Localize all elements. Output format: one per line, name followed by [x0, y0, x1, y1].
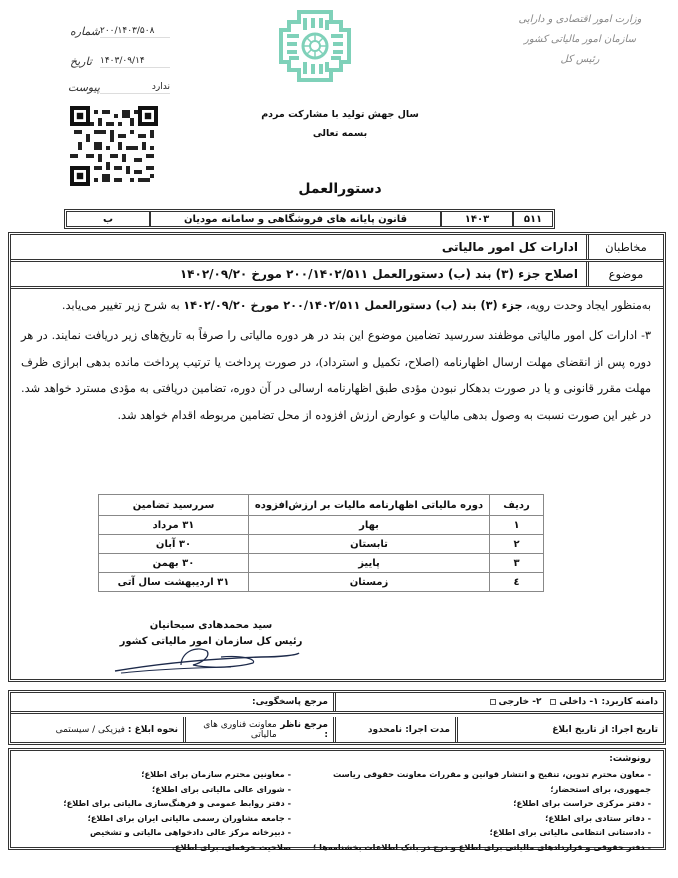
clause-3-paragraph: ۳- ادارات کل امور مالیاتی موظفند سررسید …	[21, 323, 651, 429]
cc-item: - جامعه مشاوران رسمی مالیاتی ایران برای …	[61, 811, 291, 826]
supervisor-cell: مرجع ناظر : معاونت فناوری های مالیاتی	[183, 717, 333, 742]
col-due-date: سررسید تضامین	[99, 495, 249, 516]
year-slogan: سال جهش تولید با مشارکت مردم	[250, 109, 430, 120]
scope-internal-label: ۱- داخلی	[559, 697, 598, 707]
tax-organization-logo-icon	[277, 8, 353, 84]
execution-info-grid: دامنه کاربرد: ۱- داخلی ۲- خارجی مرجع پاس…	[8, 690, 666, 745]
attachment-label: پیوست	[68, 81, 100, 94]
attachment-value: ندارد	[100, 82, 170, 94]
cc-recipients-box: رونوشت: - معاون محترم تدوین، تنقیح و انت…	[8, 748, 666, 850]
cc-item: - معاونین محترم سازمان برای اطلاع؛	[61, 767, 291, 782]
cc-item: - دفتر مرکزی حراست برای اطلاع؛	[311, 796, 651, 811]
letter-number-row: ۲۰۰/۱۴۰۳/۵۰۸ شماره	[70, 20, 170, 38]
cc-item: - شورای عالی مالیاتی برای اطلاع؛	[61, 782, 291, 797]
cc-item: - معاون محترم تدوین، تنقیح و انتشار قوان…	[311, 767, 651, 796]
duration-cell: مدت اجرا: نامحدود	[333, 717, 455, 742]
ministry-line-2: سازمان امور مالیاتی کشور	[510, 30, 650, 50]
letter-number: ۲۰۰/۱۴۰۳/۵۰۸	[100, 26, 170, 38]
addressees-value: ادارات کل امور مالیاتی	[11, 235, 586, 259]
table-row: ٤ زمستان ۳۱ اردیبهشت سال آتی	[99, 573, 544, 592]
cc-list-right: - معاون محترم تدوین، تنقیح و انتشار قوان…	[311, 767, 651, 854]
supervisor-label: مرجع ناظر :	[280, 720, 328, 740]
letter-date-label: تاریخ	[70, 55, 92, 68]
document-title: دستورالعمل	[230, 181, 450, 197]
attachment-row: ندارد پیوست	[70, 76, 170, 94]
effective-date-cell: تاریخ اجرا: از تاریخ ابلاغ	[455, 717, 663, 742]
scope-label: دامنه کاربرد:	[601, 697, 658, 707]
signature-icon	[111, 635, 301, 675]
cc-item: - دفتر روابط عمومی و فرهنگ‌سازی مالیاتی …	[61, 796, 291, 811]
subject-label: موضوع	[586, 262, 663, 286]
subject-value: اصلاح جزء (۳) بند (ب) دستورالعمل ۲۰۰/۱۴۰…	[11, 262, 586, 286]
ministry-line-1: وزارت امور اقتصادی و دارایی	[510, 10, 650, 30]
reference-number: ۵۱۱	[512, 212, 552, 226]
scope-cell: دامنه کاربرد: ۱- داخلی ۲- خارجی	[333, 693, 663, 711]
table-row: ۳ پاییز ۳۰ بهمن	[99, 554, 544, 573]
cc-item: - دادستانی انتظامی مالیاتی برای اطلاع؛	[311, 825, 651, 840]
execution-info-row-2: تاریخ اجرا: از تاریخ ابلاغ مدت اجرا: نام…	[11, 717, 663, 742]
execution-duration: مدت اجرا: نامحدود	[368, 725, 450, 735]
table-row: ۱ بهار ۳۱ مرداد	[99, 516, 544, 535]
notify-method-value: فیزیکی / سیستمی	[56, 725, 125, 735]
reference-category: ب	[67, 212, 149, 226]
reference-law: قانون پایانه های فروشگاهی و سامانه مودیا…	[149, 212, 440, 226]
letter-date-row: ۱۴۰۳/۰۹/۱۴ تاریخ	[70, 50, 170, 68]
supervisor-value: معاونت فناوری های مالیاتی	[186, 720, 277, 740]
scope-external-label: ۲- خارجی	[499, 697, 542, 707]
letter-number-label: شماره	[70, 25, 100, 38]
instruction-body-frame: مخاطبان ادارات کل امور مالیاتی موضوع اصل…	[8, 232, 666, 682]
reference-strip: ۵۱۱ ۱۴۰۳ قانون پایانه های فروشگاهی و سام…	[64, 209, 555, 229]
addressees-row: مخاطبان ادارات کل امور مالیاتی	[11, 235, 663, 262]
subject-row: موضوع اصلاح جزء (۳) بند (ب) دستورالعمل ۲…	[11, 262, 663, 289]
table-header-row: ردیف دوره مالیاتی اظهارنامه مالیات بر ار…	[99, 495, 544, 516]
col-row-number: ردیف	[490, 495, 544, 516]
intro-paragraph: به‌منظور ایجاد وحدت رویه، جزء (۳) بند (ب…	[21, 297, 651, 315]
guarantee-due-dates-table: ردیف دوره مالیاتی اظهارنامه مالیات بر ار…	[98, 494, 544, 592]
scope-external-checkbox[interactable]	[490, 699, 496, 705]
amended-clause: جزء (۳) بند (ب) دستورالعمل ۲۰۰/۱۴۰۲/۵۱۱ …	[183, 299, 522, 312]
reference-year: ۱۴۰۳	[440, 212, 512, 226]
cc-item: - دفاتر ستادی برای اطلاع؛	[311, 811, 651, 826]
table-row: ۲ تابستان ۳۰ آبان	[99, 535, 544, 554]
letter-date: ۱۴۰۳/۰۹/۱۴	[100, 56, 170, 68]
cc-list-left: - معاونین محترم سازمان برای اطلاع؛ - شور…	[61, 767, 291, 854]
response-ref-cell: مرجع پاسخگویی:	[11, 693, 333, 711]
addressees-label: مخاطبان	[586, 235, 663, 259]
signer-name: سید محمدهادی سبحانیان	[111, 618, 311, 634]
cc-title: رونوشت:	[609, 754, 651, 764]
scope-internal-checkbox[interactable]	[550, 699, 556, 705]
notify-method-cell: نحوه ابلاغ : فیزیکی / سیستمی	[11, 717, 183, 742]
execution-info-row-1: دامنه کاربرد: ۱- داخلی ۲- خارجی مرجع پاس…	[11, 693, 663, 714]
effective-date: تاریخ اجرا: از تاریخ ابلاغ	[552, 725, 658, 735]
ministry-heading: وزارت امور اقتصادی و دارایی سازمان امور …	[510, 10, 650, 70]
notify-method-label: نحوه ابلاغ :	[128, 725, 178, 735]
response-reference: مرجع پاسخگویی:	[252, 697, 328, 707]
cc-item: - دفتر حقوقی و قراردادهای مالیاتی برای ا…	[311, 840, 651, 855]
cc-item: - دبیرخانه مرکز عالی دادخواهی مالیاتی و …	[61, 825, 291, 854]
instruction-text: به‌منظور ایجاد وحدت رویه، جزء (۳) بند (ب…	[21, 297, 651, 429]
bismillah: بسمه تعالی	[250, 128, 430, 139]
qr-code-icon	[70, 106, 158, 186]
col-tax-period: دوره مالیاتی اظهارنامه مالیات بر ارزش‌اف…	[249, 495, 490, 516]
ministry-line-3: رئیس کل	[510, 50, 650, 70]
